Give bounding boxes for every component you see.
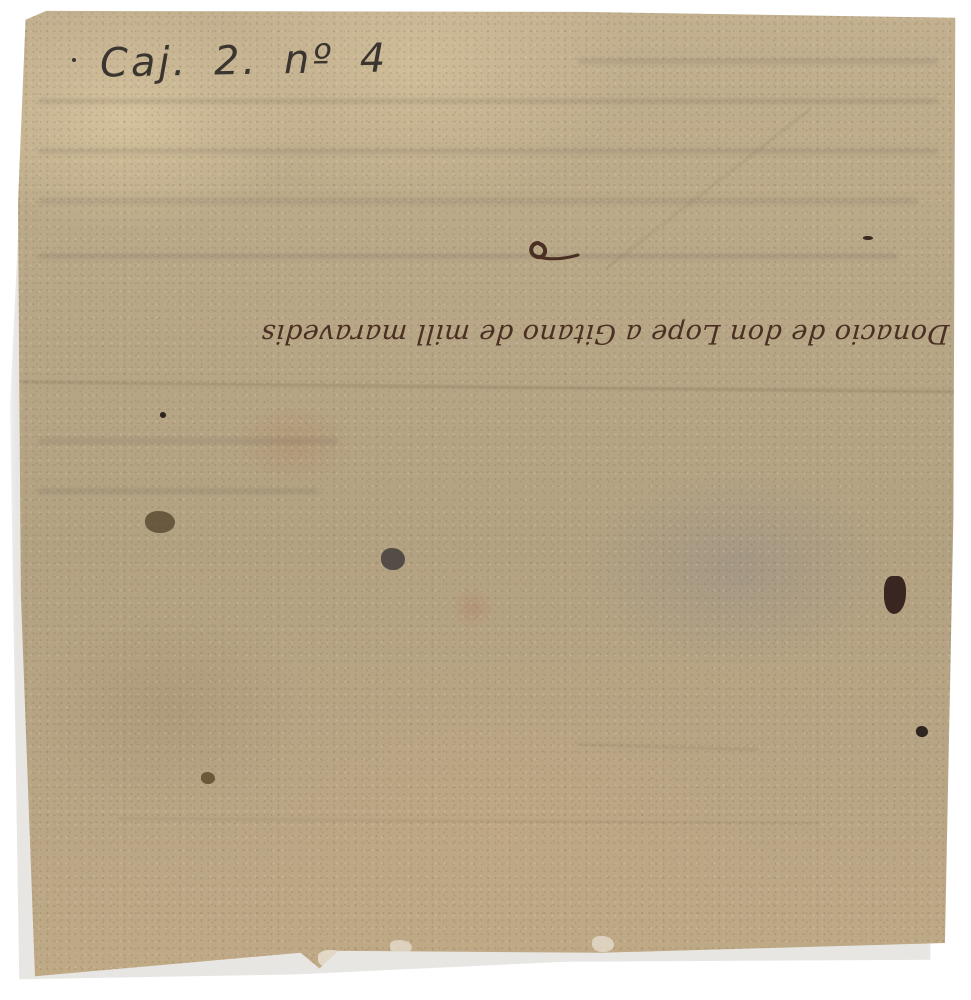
ink-stain [863,236,873,240]
ink-stain [916,726,928,737]
parchment-texture [18,8,960,984]
bleed-through-line [38,438,338,444]
bleed-through-line [38,488,318,494]
damage-flake [592,936,614,952]
ink-mark-q [524,233,582,267]
ink-stain [201,772,215,784]
ink-stain [160,412,166,418]
ink-stain [381,548,405,570]
bleed-through-line [38,98,938,104]
bleed-through-line [578,58,938,64]
archive-shelfmark: Caj. 2. nº 4 [100,35,389,86]
parchment-sheet [18,8,960,984]
bleed-through-line [38,198,918,204]
ink-stain [145,511,175,533]
archive-label-dot [72,58,76,62]
endorsement-inscription: Donacio de don Lope a Gitano de mill mar… [298,298,913,368]
bleed-through-line [38,253,898,259]
bleed-through-line [38,148,938,154]
